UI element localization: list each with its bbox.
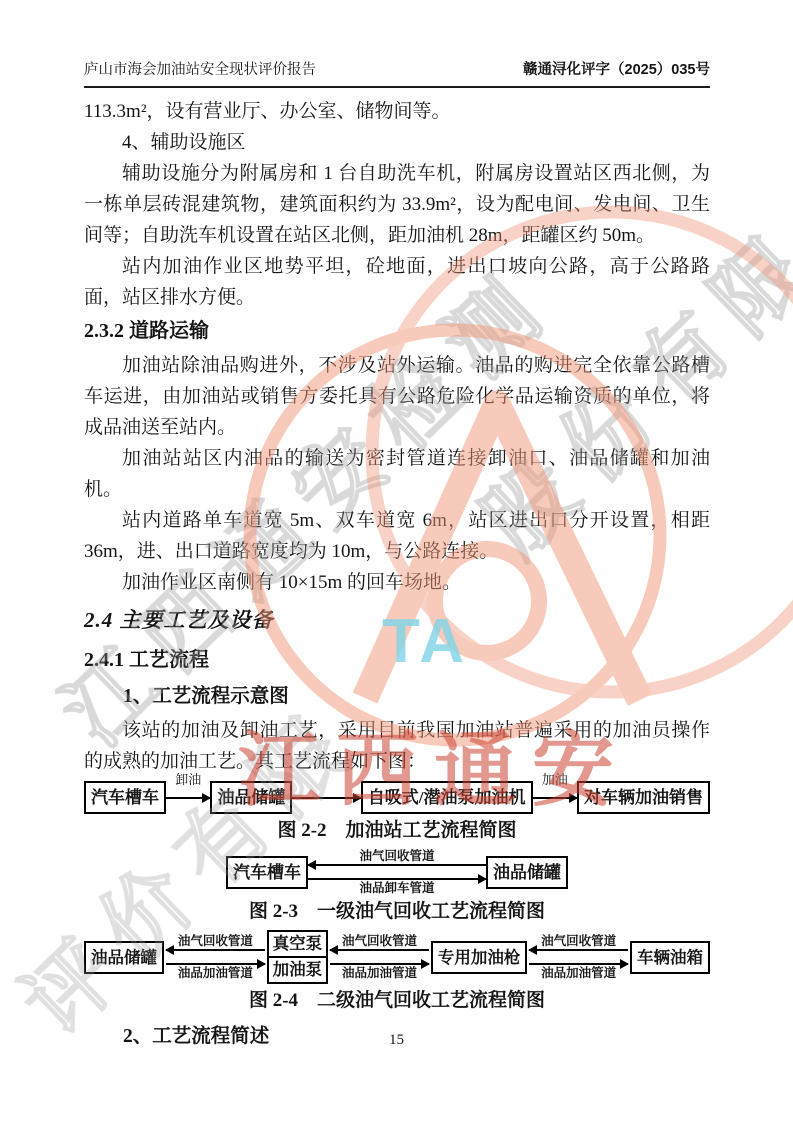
dual-pipe-connector: 油气回收管道 油品卸车管道 bbox=[308, 849, 486, 895]
pipe-label-vapor-recovery: 油气回收管道 bbox=[529, 934, 628, 948]
arrow-line bbox=[166, 797, 210, 799]
flow-box-storage-tank: 油品储罐 bbox=[486, 856, 568, 889]
flow-box-storage-tank: 油品储罐 bbox=[210, 781, 292, 814]
paragraph-transport: 加油站除油品购进外，不涉及站外运输。油品的购进完全依靠公路槽车运进，由加油站或销… bbox=[84, 350, 710, 443]
dual-pipe-connector: 油气回收管道 油品加油管道 bbox=[166, 934, 265, 980]
pipe-label-vapor-recovery: 油气回收管道 bbox=[308, 849, 486, 863]
flow-box-fuel-gun: 专用加油枪 bbox=[431, 941, 528, 974]
figure-2-4-caption: 图 2-4 二级油气回收工艺流程简图 bbox=[84, 987, 710, 1014]
arrow-label-unload: 卸油 bbox=[175, 773, 201, 786]
report-page: 庐山市海会加油站安全现状评价报告 赣通浔化评字（2025）035号 113.3m… bbox=[0, 0, 793, 1122]
arrow-label-refuel: 加油 bbox=[542, 773, 568, 786]
pipe-label-fueling: 油品加油管道 bbox=[166, 966, 265, 980]
page-number: 15 bbox=[0, 1032, 793, 1049]
figure-2-4: 油品储罐 油气回收管道 油品加油管道 真空泵 加油泵 油气回收管道 bbox=[84, 930, 710, 1014]
pump-cell-fuel: 加油泵 bbox=[269, 956, 327, 982]
flow-box-vehicle-tank: 车辆油箱 bbox=[630, 941, 710, 974]
dual-pipe-connector: 油气回收管道 油品加油管道 bbox=[330, 934, 429, 980]
arrow-line-left bbox=[529, 949, 628, 951]
heading-2-4-1-process-flow: 2.4.1 工艺流程 bbox=[84, 642, 710, 679]
arrow-line-left bbox=[330, 949, 429, 951]
figure-2-2-caption: 图 2-2 加油站工艺流程简图 bbox=[84, 817, 710, 844]
paragraph-auxiliary-facilities: 辅助设施分为附属房和 1 台自助洗车机，附属房设置站区西北侧，为一栋单层砖混建筑… bbox=[84, 158, 710, 251]
pipe-label-vapor-recovery: 油气回收管道 bbox=[166, 934, 265, 948]
paragraph-process-intro: 该站的加油及卸油工艺，采用目前我国加油站普遍采用的加油员操作的成熟的加油工艺。其… bbox=[84, 715, 710, 777]
arrow-line-left bbox=[308, 864, 486, 866]
pipe-label-fueling: 油品加油管道 bbox=[330, 966, 429, 980]
flow-arrow-refuel: 加油 bbox=[533, 797, 577, 799]
paragraph-area-continuation: 113.3m²，设有营业厅、办公室、储物间等。 bbox=[84, 96, 710, 127]
flow-arrow-plain bbox=[292, 797, 360, 799]
heading-item1-flow-diagram: 1、工艺流程示意图 bbox=[84, 679, 710, 715]
figure-2-2: 汽车槽车 卸油 油品储罐 自吸式/潜油泵加油机 加油 对车辆加油销售 图 2-2… bbox=[84, 781, 710, 844]
flow-box-dispenser: 自吸式/潜油泵加油机 bbox=[361, 781, 533, 814]
figure-2-3: 汽车槽车 油气回收管道 油品卸车管道 油品储罐 图 2-3 一级油气回收工艺流程… bbox=[84, 849, 710, 925]
arrow-line bbox=[292, 797, 360, 799]
paragraph-turnaround: 加油作业区南侧有 10×15m 的回车场地。 bbox=[84, 567, 710, 598]
flow-box-tank-truck: 汽车槽车 bbox=[226, 856, 308, 889]
figure-2-3-flow: 汽车槽车 油气回收管道 油品卸车管道 油品储罐 bbox=[84, 849, 710, 895]
paragraph-ground-condition: 站内加油作业区地势平坦，砼地面，进出口坡向公路，高于公路路面，站区排水方便。 bbox=[84, 251, 710, 313]
flow-arrow-unload: 卸油 bbox=[166, 797, 210, 799]
pump-cell-vacuum: 真空泵 bbox=[269, 932, 327, 956]
arrow-line-left bbox=[166, 949, 265, 951]
header-doc-number: 赣通浔化评字（2025）035号 bbox=[523, 58, 710, 79]
arrow-line-right bbox=[330, 963, 429, 965]
pipe-label-unloading: 油品卸车管道 bbox=[308, 881, 486, 895]
arrow-line bbox=[533, 797, 577, 799]
pipe-label-vapor-recovery: 油气回收管道 bbox=[330, 934, 429, 948]
paragraph-road-width: 站内道路单车道宽 5m、双车道宽 6m，站区进出口分开设置，相距 36m，进、出… bbox=[84, 505, 710, 567]
flow-box-vehicle-sale: 对车辆加油销售 bbox=[577, 781, 710, 814]
arrow-line-right bbox=[166, 963, 265, 965]
paragraph-pipeline: 加油站站区内油品的输送为密封管道连接卸油口、油品储罐和加油机。 bbox=[84, 443, 710, 505]
dual-pipe-connector: 油气回收管道 油品加油管道 bbox=[529, 934, 628, 980]
figure-2-4-flow: 油品储罐 油气回收管道 油品加油管道 真空泵 加油泵 油气回收管道 bbox=[84, 930, 710, 984]
figure-2-2-flow: 汽车槽车 卸油 油品储罐 自吸式/潜油泵加油机 加油 对车辆加油销售 bbox=[84, 781, 710, 814]
subheading-auxiliary-zone: 4、辅助设施区 bbox=[84, 127, 710, 158]
document-body: 113.3m²，设有营业厅、办公室、储物间等。 4、辅助设施区 辅助设施分为附属… bbox=[84, 96, 710, 1055]
header-report-title: 庐山市海会加油站安全现状评价报告 bbox=[84, 58, 316, 79]
heading-2-4-process-equipment: 2.4 主要工艺及设备 bbox=[84, 598, 710, 642]
flow-box-storage-tank: 油品储罐 bbox=[84, 941, 164, 974]
flow-box-vacuum-fuel-pump: 真空泵 加油泵 bbox=[267, 930, 329, 984]
figure-2-3-caption: 图 2-3 一级油气回收工艺流程简图 bbox=[84, 898, 710, 925]
pipe-label-fueling: 油品加油管道 bbox=[529, 966, 628, 980]
heading-2-3-2-road-transport: 2.3.2 道路运输 bbox=[84, 313, 710, 350]
arrow-line-right bbox=[308, 878, 486, 880]
arrow-line-right bbox=[529, 963, 628, 965]
flow-box-tank-truck: 汽车槽车 bbox=[84, 781, 166, 814]
page-header: 庐山市海会加油站安全现状评价报告 赣通浔化评字（2025）035号 bbox=[84, 58, 710, 88]
